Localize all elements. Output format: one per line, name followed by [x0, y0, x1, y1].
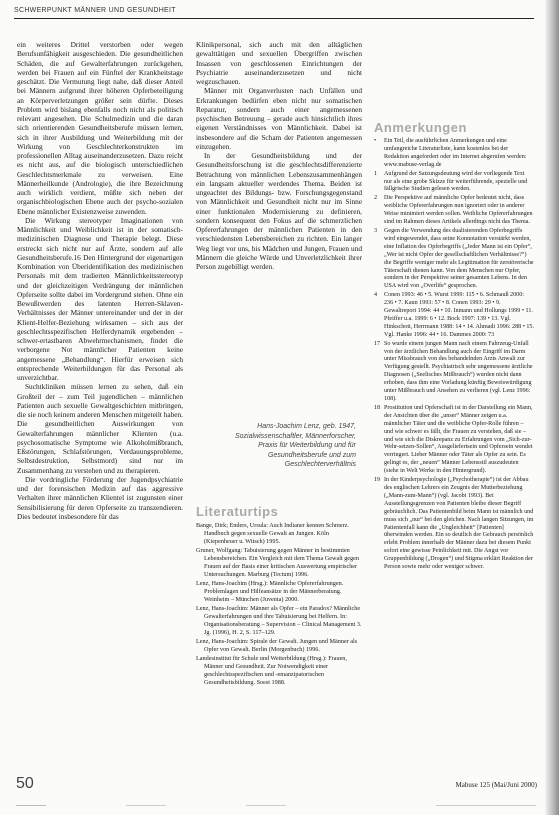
- author-line: Gesundheitsberufe und zum: [196, 451, 356, 461]
- note-number: 17: [374, 341, 384, 404]
- journal-citation: Mabuse 125 (Mai/Juni 2000): [456, 781, 537, 789]
- note-number: 18: [374, 405, 384, 476]
- body-paragraph: Die vordringliche Förderung der Jugendps…: [17, 475, 183, 521]
- note-text: Conen 1993: 46 • 5. Wurst 1999: 115 • 6.…: [384, 292, 534, 339]
- body-paragraph: Suchtkliniken müssen lernen zu sehen, da…: [17, 382, 183, 475]
- note-text: Aufgrund der Satzungsdeutung wird der vo…: [384, 171, 534, 195]
- note-text: So wurde einem jungen Mann nach einem Fa…: [384, 341, 534, 404]
- note-item: 2 Die Perspektive auf männliche Opfer be…: [374, 195, 534, 227]
- bottom-divider: [16, 805, 536, 806]
- body-paragraph: Männer mit Organverlusten nach Unfällen …: [196, 86, 362, 151]
- note-text: Die Perspektive auf männliche Opfer bede…: [384, 195, 534, 227]
- note-item: 18 Prostitution und Opferschaft ist in d…: [374, 405, 534, 476]
- middle-column: Klinikpersonal, sich auch mit den alltäg…: [196, 40, 362, 688]
- note-text: Prostitution und Opferschaft ist in der …: [384, 405, 534, 476]
- note-number: •: [374, 138, 384, 170]
- author-line: Hans-Joachim Lenz, geb. 1947,: [196, 422, 356, 432]
- body-paragraph: Klinikpersonal, sich auch mit den alltäg…: [196, 40, 362, 86]
- note-number: 2: [374, 195, 384, 227]
- body-paragraph: In der Gesundheitsbildung und der Gesund…: [196, 151, 362, 271]
- middle-body: Klinikpersonal, sich auch mit den alltäg…: [196, 40, 362, 302]
- body-paragraph: ein weiteres Drittel verstorben oder weg…: [17, 40, 183, 216]
- note-item: 1 Aufgrund der Satzungsdeutung wird der …: [374, 171, 534, 195]
- note-item: 4 Conen 1993: 46 • 5. Wurst 1999: 115 • …: [374, 292, 534, 339]
- left-column: ein weiteres Drittel verstorben oder weg…: [17, 40, 183, 756]
- note-text: In der Kinderpsychologie („Psychotherapi…: [384, 477, 534, 572]
- note-text: Ein Teil, die ausführlichen Anmerkungen …: [384, 138, 534, 170]
- author-info: Hans-Joachim Lenz, geb. 1947, Sozialwiss…: [196, 422, 362, 470]
- note-item: 19 In der Kinderpsychologie („Psychother…: [374, 477, 534, 572]
- notes-heading: Anmerkungen: [374, 120, 534, 135]
- note-item: 3 Gegen die Verwendung des dualisierende…: [374, 228, 534, 291]
- author-line: Praxis für Weiterbildung und für: [196, 441, 356, 451]
- page-number: 50: [16, 775, 34, 793]
- section-title: Schwerpunkt Männer und Gesundheit: [14, 6, 534, 16]
- literature-section: Literaturtips Bange, Dirk; Enders, Ursul…: [196, 504, 362, 687]
- note-number: 1: [374, 171, 384, 195]
- note-number: 3: [374, 228, 384, 291]
- literature-item: Landesinstitut für Schule und Weiterbild…: [196, 655, 362, 687]
- note-number: 4: [374, 292, 384, 339]
- literature-item: Bange, Dirk; Enders, Ursula: Auch Indian…: [196, 522, 362, 546]
- body-paragraph: Die Wirkung stereotyper Imaginationen vo…: [17, 216, 183, 383]
- literature-item: Gruner, Wolfgang: Tabuisierung gegen Män…: [196, 547, 362, 579]
- right-column: Anmerkungen • Ein Teil, die ausführliche…: [374, 120, 534, 573]
- running-header: Schwerpunkt Männer und Gesundheit: [14, 6, 534, 19]
- note-item: 17 So wurde einem jungen Mann nach einem…: [374, 341, 534, 404]
- literature-item: Lenz, Hans-Joachim: Männer als Opfer – e…: [196, 605, 362, 637]
- notes-list: • Ein Teil, die ausführlichen Anmerkunge…: [374, 138, 534, 572]
- page-edge-shadow: [545, 0, 559, 815]
- literature-heading: Literaturtips: [196, 504, 362, 519]
- literature-item: Lenz, Hans-Joachim (Hrsg.): Männliche Op…: [196, 580, 362, 604]
- note-item: • Ein Teil, die ausführlichen Anmerkunge…: [374, 138, 534, 170]
- note-text: Gegen die Verwendung des dualisierenden …: [384, 228, 534, 291]
- author-line: Sozialwissenschaftler, Männerforscher,: [196, 432, 356, 442]
- literature-item: Lenz, Hans-Joachim: Spirale der Gewalt. …: [196, 638, 362, 654]
- literature-list: Bange, Dirk; Enders, Ursula: Auch Indian…: [196, 522, 362, 687]
- author-line: Geschlechterverhältnis: [196, 460, 356, 470]
- note-number: 19: [374, 477, 384, 572]
